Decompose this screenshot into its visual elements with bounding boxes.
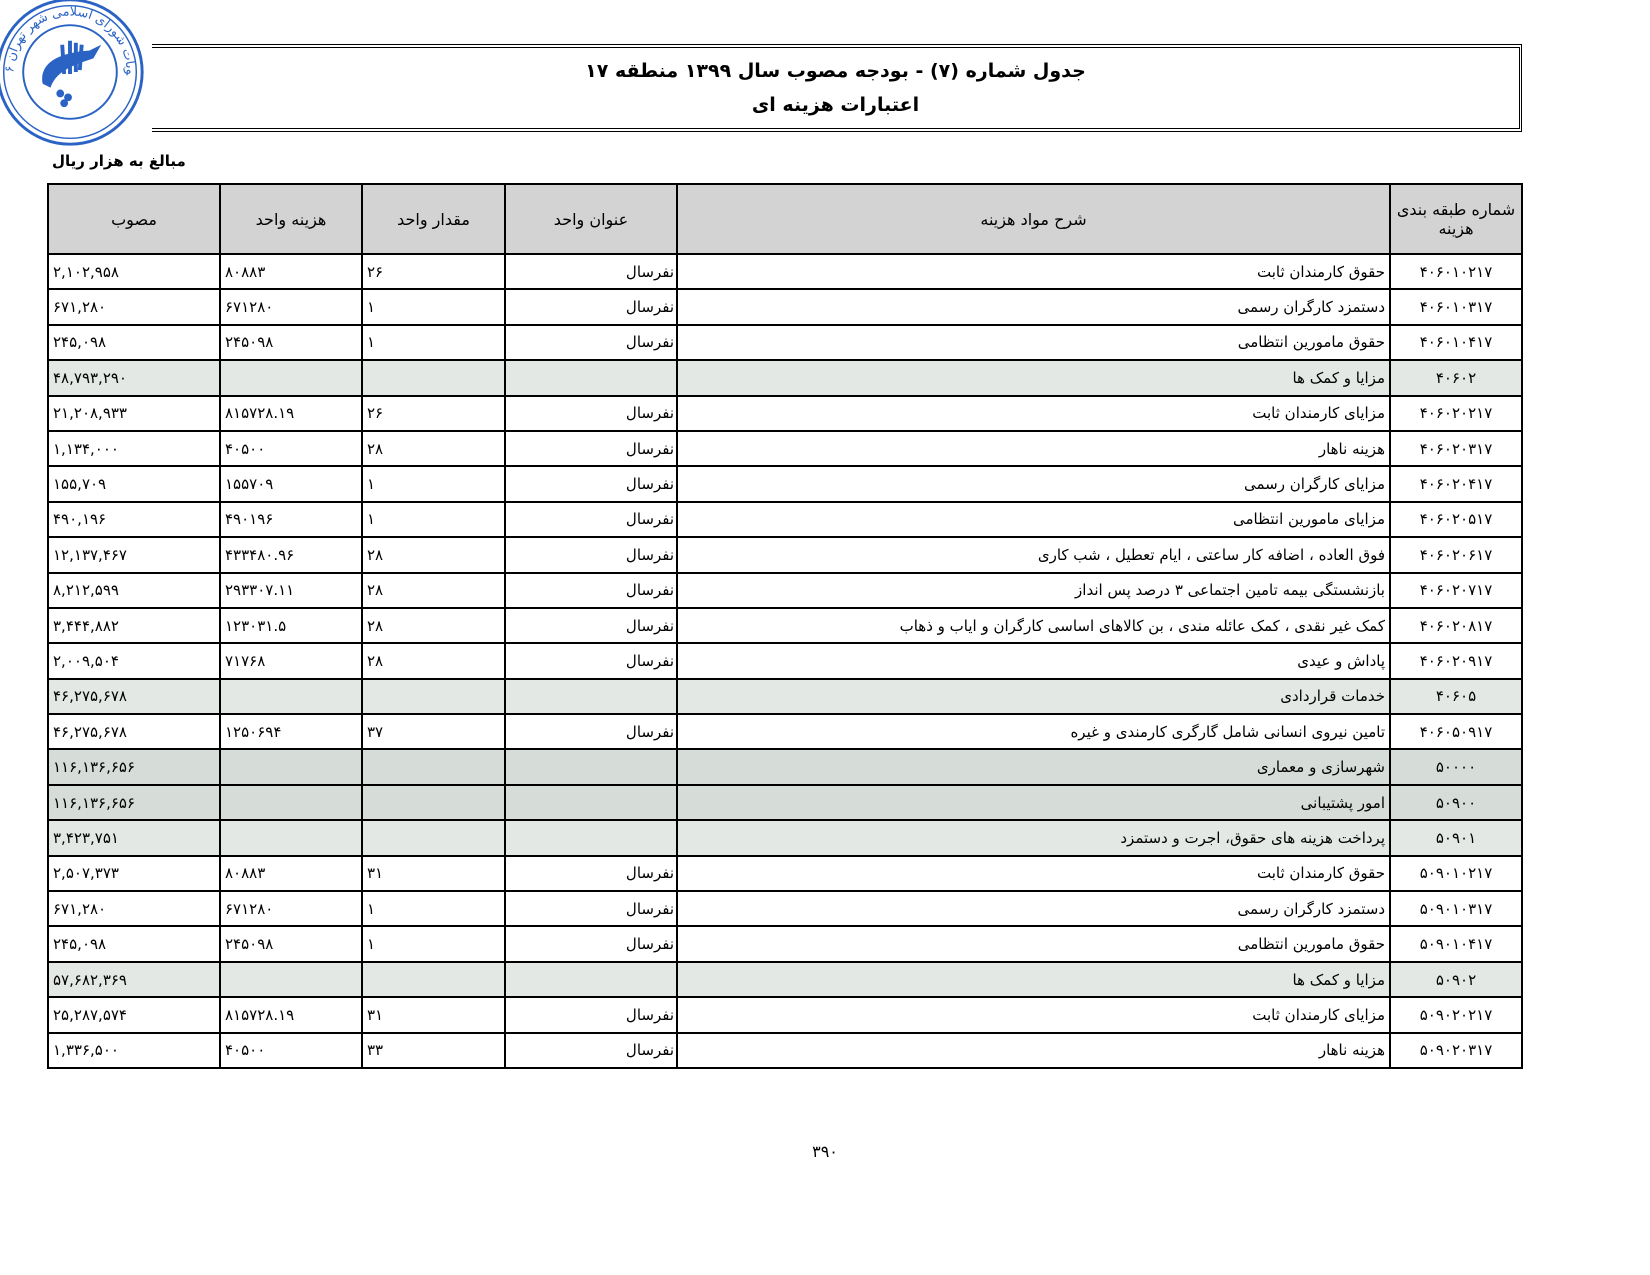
table-row: ۴۰۶۰۱۰۴۱۷حقوق مامورین انتظامینفرسال۱۲۴۵۰… [48,325,1522,360]
table-row-subtotal: ۴۰۶۰۵خدمات قراردادی۴۶,۲۷۵,۶۷۸ [48,679,1522,714]
col-header-unit-cost: هزینه واحد [220,184,362,254]
cell-unit-title: نفرسال [505,537,677,572]
cell-description: دستمزد کارگران رسمی [677,289,1390,324]
cell-unit-title [505,360,677,395]
cell-code: ۵۰۹۰۱۰۳۱۷ [1390,891,1522,926]
cell-unit-amount: ۲۸ [362,537,505,572]
cell-unit-title [505,679,677,714]
cell-unit-cost: ۴۰۵۰۰ [220,431,362,466]
cell-unit-cost: ۸۰۸۸۳ [220,856,362,891]
cell-code: ۴۰۶۰۲۰۵۱۷ [1390,502,1522,537]
cell-unit-cost: ۲۹۳۳۰۷.۱۱ [220,573,362,608]
cell-description: امور پشتیبانی [677,785,1390,820]
cell-unit-cost: ۴۰۵۰۰ [220,1033,362,1068]
cell-code: ۵۰۹۰۲ [1390,962,1522,997]
cell-description: مزایا و کمک ها [677,962,1390,997]
cell-unit-amount: ۲۸ [362,608,505,643]
cell-approved: ۳,۴۴۴,۸۸۲ [48,608,220,643]
cell-code: ۴۰۶۰۲۰۷۱۷ [1390,573,1522,608]
cell-unit-amount [362,749,505,784]
cell-description: مزایای کارمندان ثابت [677,396,1390,431]
cell-unit-title: نفرسال [505,573,677,608]
cell-code: ۴۰۶۰۵ [1390,679,1522,714]
cell-description: بازنشستگی بیمه تامین اجتماعی ۳ درصد پس ا… [677,573,1390,608]
cell-unit-cost: ۸۰۸۸۳ [220,254,362,289]
cell-unit-title: نفرسال [505,608,677,643]
cell-unit-title [505,962,677,997]
cell-unit-amount: ۲۶ [362,254,505,289]
cell-unit-title: نفرسال [505,997,677,1032]
cell-code: ۴۰۶۰۲۰۲۱۷ [1390,396,1522,431]
cell-unit-amount [362,679,505,714]
table-row: ۴۰۶۰۱۰۲۱۷حقوق کارمندان ثابتنفرسال۲۶۸۰۸۸۳… [48,254,1522,289]
page-subtitle: اعتبارات هزینه ای [152,94,1519,116]
cell-description: دستمزد کارگران رسمی [677,891,1390,926]
cell-unit-title: نفرسال [505,325,677,360]
cell-approved: ۵۷,۶۸۲,۳۶۹ [48,962,220,997]
council-seal-logo: مصوبات شورای اسلامی شهر تهران ۱۳۹۶ [0,0,148,150]
table-row: ۴۰۶۰۲۰۳۱۷هزینه ناهارنفرسال۲۸۴۰۵۰۰۱,۱۳۴,۰… [48,431,1522,466]
table-row: ۵۰۹۰۱۰۴۱۷حقوق مامورین انتظامینفرسال۱۲۴۵۰… [48,926,1522,961]
cell-unit-amount: ۱ [362,289,505,324]
col-header-approved: مصوب [48,184,220,254]
table-row-major-total: ۵۰۰۰۰شهرسازی و معماری۱۱۶,۱۳۶,۶۵۶ [48,749,1522,784]
table-row: ۵۰۹۰۱۰۳۱۷دستمزد کارگران رسمینفرسال۱۶۷۱۲۸… [48,891,1522,926]
cell-approved: ۳,۴۲۳,۷۵۱ [48,820,220,855]
cell-unit-cost: ۸۱۵۷۲۸.۱۹ [220,997,362,1032]
cell-code: ۴۰۶۰۲ [1390,360,1522,395]
cell-unit-amount: ۲۶ [362,396,505,431]
cell-code: ۵۰۹۰۲۰۳۱۷ [1390,1033,1522,1068]
cell-description: مزایا و کمک ها [677,360,1390,395]
cell-unit-amount [362,785,505,820]
cell-code: ۴۰۶۰۲۰۳۱۷ [1390,431,1522,466]
cell-approved: ۶۷۱,۲۸۰ [48,289,220,324]
cell-description: حقوق مامورین انتظامی [677,926,1390,961]
table-row: ۴۰۶۰۲۰۹۱۷پاداش و عیدینفرسال۲۸۷۱۷۶۸۲,۰۰۹,… [48,643,1522,678]
cell-unit-cost: ۶۷۱۲۸۰ [220,891,362,926]
cell-unit-amount: ۲۸ [362,431,505,466]
cell-unit-cost: ۴۹۰۱۹۶ [220,502,362,537]
cell-approved: ۴۶,۲۷۵,۶۷۸ [48,714,220,749]
cell-unit-title: نفرسال [505,643,677,678]
cell-description: فوق العاده ، اضافه کار ساعتی ، ایام تعطی… [677,537,1390,572]
cell-unit-cost [220,785,362,820]
cell-code: ۴۰۶۰۲۰۴۱۷ [1390,466,1522,501]
col-header-unit-title: عنوان واحد [505,184,677,254]
cell-unit-cost [220,820,362,855]
col-header-code: شماره طبقه بندی هزینه [1390,184,1522,254]
cell-approved: ۱,۱۳۴,۰۰۰ [48,431,220,466]
cell-unit-title: نفرسال [505,431,677,466]
page-number: ۳۹۰ [0,1142,1650,1161]
cell-description: پرداخت هزینه های حقوق، اجرت و دستمزد [677,820,1390,855]
table-row: ۵۰۹۰۲۰۲۱۷مزایای کارمندان ثابتنفرسال۳۱۸۱۵… [48,997,1522,1032]
cell-unit-cost: ۲۴۵۰۹۸ [220,325,362,360]
cell-unit-amount: ۱ [362,325,505,360]
cell-unit-cost [220,962,362,997]
cell-description: حقوق کارمندان ثابت [677,856,1390,891]
cell-approved: ۲,۵۰۷,۳۷۳ [48,856,220,891]
cell-description: مزایای مامورین انتظامی [677,502,1390,537]
table-row-major-total: ۵۰۹۰۰امور پشتیبانی۱۱۶,۱۳۶,۶۵۶ [48,785,1522,820]
cell-approved: ۱۱۶,۱۳۶,۶۵۶ [48,749,220,784]
cell-unit-amount [362,962,505,997]
table-row: ۴۰۶۰۲۰۶۱۷فوق العاده ، اضافه کار ساعتی ، … [48,537,1522,572]
cell-unit-title: نفرسال [505,254,677,289]
cell-unit-amount: ۱ [362,466,505,501]
cell-description: کمک غیر نقدی ، کمک عائله مندی ، بن کالاه… [677,608,1390,643]
table-row-subtotal: ۴۰۶۰۲مزایا و کمک ها۴۸,۷۹۳,۲۹۰ [48,360,1522,395]
table-row: ۴۰۶۰۱۰۳۱۷دستمزد کارگران رسمینفرسال۱۶۷۱۲۸… [48,289,1522,324]
cell-code: ۵۰۹۰۱۰۴۱۷ [1390,926,1522,961]
cell-approved: ۱۲,۱۳۷,۴۶۷ [48,537,220,572]
cell-unit-cost [220,360,362,395]
title-box: جدول شماره (۷) - بودجه مصوب سال ۱۳۹۹ منط… [152,44,1522,132]
cell-approved: ۴۶,۲۷۵,۶۷۸ [48,679,220,714]
table-row: ۴۰۶۰۲۰۸۱۷کمک غیر نقدی ، کمک عائله مندی ،… [48,608,1522,643]
cell-approved: ۲۴۵,۰۹۸ [48,926,220,961]
cell-code: ۵۰۰۰۰ [1390,749,1522,784]
cell-description: مزایای کارگران رسمی [677,466,1390,501]
cell-approved: ۴۹۰,۱۹۶ [48,502,220,537]
cell-unit-cost [220,679,362,714]
cell-approved: ۲۵,۲۸۷,۵۷۴ [48,997,220,1032]
cell-approved: ۲,۱۰۲,۹۵۸ [48,254,220,289]
cell-description: حقوق مامورین انتظامی [677,325,1390,360]
cell-unit-amount: ۳۷ [362,714,505,749]
cell-unit-amount: ۳۳ [362,1033,505,1068]
cell-approved: ۱,۳۳۶,۵۰۰ [48,1033,220,1068]
table-row: ۵۰۹۰۲۰۳۱۷هزینه ناهارنفرسال۳۳۴۰۵۰۰۱,۳۳۶,۵… [48,1033,1522,1068]
cell-unit-title [505,749,677,784]
table-row: ۵۰۹۰۱۰۲۱۷حقوق کارمندان ثابتنفرسال۳۱۸۰۸۸۳… [48,856,1522,891]
cell-unit-amount: ۲۸ [362,573,505,608]
cell-unit-cost: ۴۳۳۴۸۰.۹۶ [220,537,362,572]
cell-code: ۴۰۶۰۲۰۹۱۷ [1390,643,1522,678]
cell-unit-amount: ۱ [362,502,505,537]
cell-unit-cost: ۶۷۱۲۸۰ [220,289,362,324]
table-row-subtotal: ۵۰۹۰۱پرداخت هزینه های حقوق، اجرت و دستمز… [48,820,1522,855]
cell-approved: ۲۴۵,۰۹۸ [48,325,220,360]
cell-code: ۴۰۶۰۱۰۲۱۷ [1390,254,1522,289]
cell-unit-cost [220,749,362,784]
cell-unit-amount: ۳۱ [362,856,505,891]
cell-unit-cost: ۸۱۵۷۲۸.۱۹ [220,396,362,431]
page-title: جدول شماره (۷) - بودجه مصوب سال ۱۳۹۹ منط… [152,60,1519,82]
table-header-row: شماره طبقه بندی هزینه شرح مواد هزینه عنو… [48,184,1522,254]
cell-unit-title: نفرسال [505,502,677,537]
cell-unit-cost: ۱۲۵۰۶۹۴ [220,714,362,749]
col-header-description: شرح مواد هزینه [677,184,1390,254]
cell-unit-title: نفرسال [505,926,677,961]
cell-unit-title: نفرسال [505,714,677,749]
cell-code: ۵۰۹۰۱۰۲۱۷ [1390,856,1522,891]
cell-unit-cost: ۱۵۵۷۰۹ [220,466,362,501]
cell-unit-amount [362,360,505,395]
cell-unit-title: نفرسال [505,396,677,431]
cell-unit-title: نفرسال [505,891,677,926]
cell-approved: ۶۷۱,۲۸۰ [48,891,220,926]
cell-code: ۴۰۶۰۱۰۳۱۷ [1390,289,1522,324]
cell-code: ۴۰۶۰۲۰۸۱۷ [1390,608,1522,643]
cell-unit-title [505,820,677,855]
table-row: ۴۰۶۰۲۰۷۱۷بازنشستگی بیمه تامین اجتماعی ۳ … [48,573,1522,608]
cell-description: هزینه ناهار [677,1033,1390,1068]
cell-code: ۴۰۶۰۵۰۹۱۷ [1390,714,1522,749]
cell-unit-title: نفرسال [505,1033,677,1068]
cell-approved: ۱۵۵,۷۰۹ [48,466,220,501]
cell-unit-title: نفرسال [505,856,677,891]
cell-unit-amount: ۲۸ [362,643,505,678]
cell-approved: ۲۱,۲۰۸,۹۳۳ [48,396,220,431]
cell-unit-title: نفرسال [505,289,677,324]
cell-unit-cost: ۷۱۷۶۸ [220,643,362,678]
cell-description: خدمات قراردادی [677,679,1390,714]
table-row: ۴۰۶۰۲۰۲۱۷مزایای کارمندان ثابتنفرسال۲۶۸۱۵… [48,396,1522,431]
cell-code: ۵۰۹۰۰ [1390,785,1522,820]
cell-description: هزینه ناهار [677,431,1390,466]
cell-approved: ۴۸,۷۹۳,۲۹۰ [48,360,220,395]
cell-description: شهرسازی و معماری [677,749,1390,784]
cell-code: ۵۰۹۰۲۰۲۱۷ [1390,997,1522,1032]
cell-approved: ۱۱۶,۱۳۶,۶۵۶ [48,785,220,820]
cell-unit-amount: ۳۱ [362,997,505,1032]
cell-unit-cost: ۱۲۳۰۳۱.۵ [220,608,362,643]
cell-unit-title [505,785,677,820]
cell-description: پاداش و عیدی [677,643,1390,678]
cell-description: مزایای کارمندان ثابت [677,997,1390,1032]
cell-approved: ۲,۰۰۹,۵۰۴ [48,643,220,678]
cell-unit-title: نفرسال [505,466,677,501]
cell-description: تامین نیروی انسانی شامل گارگری کارمندی و… [677,714,1390,749]
cell-unit-amount: ۱ [362,891,505,926]
table-row: ۴۰۶۰۲۰۴۱۷مزایای کارگران رسمینفرسال۱۱۵۵۷۰… [48,466,1522,501]
cell-unit-amount [362,820,505,855]
budget-table: شماره طبقه بندی هزینه شرح مواد هزینه عنو… [47,183,1523,1069]
cell-description: حقوق کارمندان ثابت [677,254,1390,289]
cell-unit-cost: ۲۴۵۰۹۸ [220,926,362,961]
cell-code: ۵۰۹۰۱ [1390,820,1522,855]
cell-code: ۴۰۶۰۲۰۶۱۷ [1390,537,1522,572]
cell-unit-amount: ۱ [362,926,505,961]
table-row-subtotal: ۵۰۹۰۲مزایا و کمک ها۵۷,۶۸۲,۳۶۹ [48,962,1522,997]
currency-unit-note: مبالغ به هزار ریال [52,152,186,170]
cell-code: ۴۰۶۰۱۰۴۱۷ [1390,325,1522,360]
col-header-unit-amount: مقدار واحد [362,184,505,254]
cell-approved: ۸,۲۱۲,۵۹۹ [48,573,220,608]
table-row: ۴۰۶۰۲۰۵۱۷مزایای مامورین انتظامینفرسال۱۴۹… [48,502,1522,537]
table-row: ۴۰۶۰۵۰۹۱۷تامین نیروی انسانی شامل گارگری … [48,714,1522,749]
